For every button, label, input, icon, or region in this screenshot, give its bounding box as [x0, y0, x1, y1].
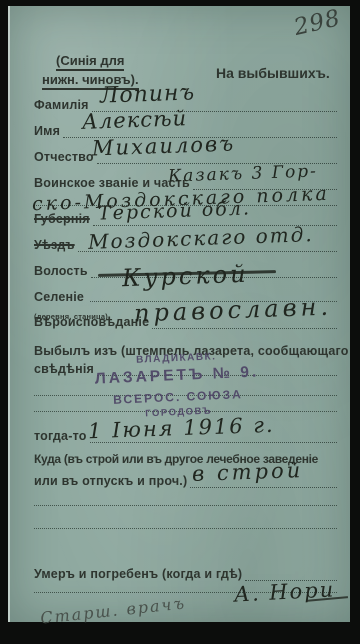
card-title: На выбывшихъ.	[216, 65, 330, 81]
field-surname-value: Лопинъ	[100, 80, 196, 108]
page-number: 298	[292, 5, 344, 41]
scan-frame: 298 (Синія для нижн. чиновъ). На выбывши…	[0, 0, 360, 644]
dotted-line	[34, 527, 337, 529]
field-surname-label: Фамилія	[34, 98, 89, 112]
pencil-note: Старш. врачъ	[39, 593, 186, 627]
field-village-value: Курской	[122, 260, 249, 292]
field-village-label: Селеніе	[34, 290, 84, 304]
field-volost-label: Волость	[34, 264, 88, 278]
dotted-line	[34, 504, 337, 506]
field-religion-label: Вѣроисповѣданіе	[34, 315, 149, 329]
field-destination-value: в строй	[192, 458, 304, 486]
field-patronymic-value: Михаиловъ	[92, 132, 236, 161]
corner-note-line1: (Синія для	[56, 53, 124, 71]
hospital-stamp: ВЛАДИКАВК. ЛАЗАРЕТЪ № 9. ВСЕРОС. СОЮЗА Г…	[59, 348, 297, 423]
field-first-name-value: Алексѣй	[82, 106, 188, 134]
field-date-label: тогда-то	[34, 429, 87, 443]
field-died-label: Умеръ и погребенъ (когда и гдѣ)	[34, 567, 242, 581]
field-patronymic-label: Отчество	[34, 150, 94, 164]
ink-signature: А. Нори	[233, 577, 335, 606]
field-destination-label-line2: или въ отпускъ и проч.)	[34, 474, 187, 488]
field-district-label: Уѣздъ	[34, 238, 75, 252]
field-first-name-label: Имя	[34, 124, 60, 138]
hospital-discharge-card: 298 (Синія для нижн. чиновъ). На выбывши…	[8, 6, 350, 622]
field-province-label: Губернія	[34, 212, 90, 226]
